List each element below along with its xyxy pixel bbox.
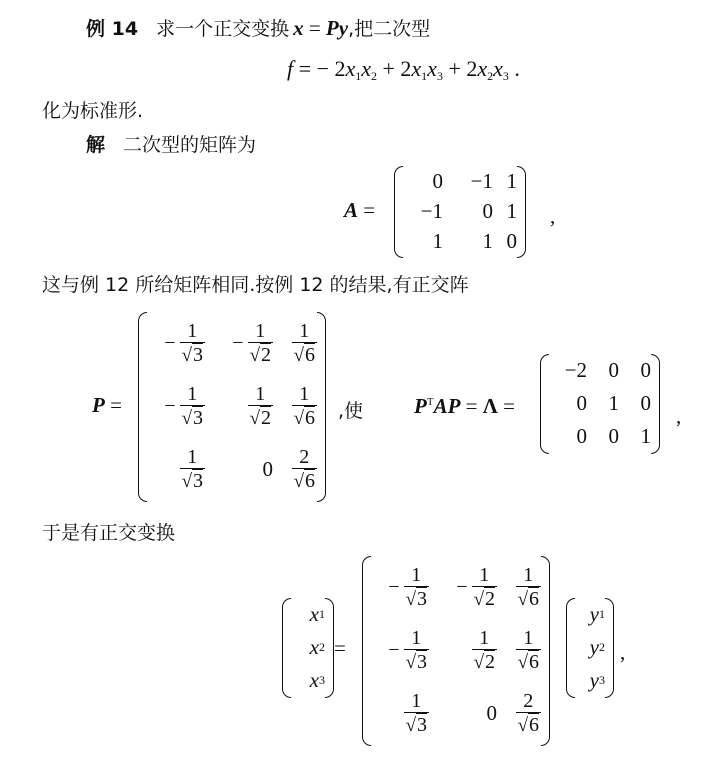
matrix-cell: 1√6 <box>273 320 317 368</box>
matrix-cell: x3 <box>291 668 325 693</box>
matrix-a: 0−11−101110 <box>394 166 526 258</box>
matrix-cell: −2 <box>549 358 587 383</box>
matrix-cell: −1√2 <box>429 564 497 612</box>
matrix-cell: 0 <box>443 199 493 224</box>
diagonalization-trailing: , <box>676 404 681 429</box>
matrix-cell: y3 <box>575 668 605 693</box>
matrix-cell: −1√3 <box>371 564 429 612</box>
matrix-cell: 0 <box>549 391 587 416</box>
matrix-a-name: A = <box>344 198 375 223</box>
example-after: ,把二次型 <box>348 18 430 40</box>
matrix-cell: −1√3 <box>147 383 205 431</box>
matrix-cell: −1√3 <box>371 627 429 675</box>
matrix-p: −1√3−1√21√6−1√31√21√61√302√6 <box>138 312 326 502</box>
matrix-cell: 1√2 <box>205 383 273 431</box>
matrix-cell: 1 <box>587 391 619 416</box>
equals-sign: = <box>334 636 346 661</box>
example-ending: 化为标准形. <box>42 96 143 123</box>
solution-heading: 解 二次型的矩阵为 <box>86 130 256 157</box>
matrix-cell: 2√6 <box>273 446 317 494</box>
matrix-cell: 0 <box>429 701 497 726</box>
matrix-cell: y1 <box>575 602 605 627</box>
matrix-cell: 1√3 <box>371 690 429 738</box>
y-vector: y1y2y3 <box>566 598 614 698</box>
solution-line1: 二次型的矩阵为 <box>123 134 256 156</box>
transform-trailing: , <box>620 640 625 665</box>
matrix-lambda: −200010001 <box>540 354 660 454</box>
solution-line2: 这与例 12 所给矩阵相同.按例 12 的结果,有正交阵 <box>42 270 469 297</box>
matrix-cell: 1 <box>493 169 517 194</box>
matrix-p-name: P = <box>92 393 122 418</box>
matrix-cell: 1√3 <box>147 446 205 494</box>
matrix-cell: −1 <box>443 169 493 194</box>
solution-label: 解 <box>86 134 105 156</box>
matrix-cell: 0 <box>619 358 651 383</box>
matrix-cell: 0 <box>549 424 587 449</box>
matrix-cell: 1√6 <box>497 564 541 612</box>
matrix-a-trailing: , <box>550 204 555 229</box>
quadratic-form: f = − 2x1x2 + 2x1x3 + 2x2x3 . <box>287 56 520 84</box>
solution-line3: 于是有正交变换 <box>42 518 175 545</box>
matrix-cell: x2 <box>291 635 325 660</box>
example-intro: 求一个正交变换 <box>156 18 289 40</box>
matrix-cell: −1 <box>403 199 443 224</box>
matrix-cell: y2 <box>575 635 605 660</box>
matrix-cell: x1 <box>291 602 325 627</box>
matrix-cell: 0 <box>587 358 619 383</box>
matrix-cell: 1 <box>403 229 443 254</box>
transform-expression: x = Py <box>293 16 348 40</box>
matrix-cell: 2√6 <box>497 690 541 738</box>
matrix-cell: 1 <box>619 424 651 449</box>
matrix-cell: 0 <box>205 457 273 482</box>
matrix-cell: −1√3 <box>147 320 205 368</box>
matrix-cell: 1 <box>493 199 517 224</box>
matrix-cell: 0 <box>587 424 619 449</box>
matrix-cell: −1√2 <box>205 320 273 368</box>
matrix-cell: 1 <box>443 229 493 254</box>
matrix-cell: 0 <box>619 391 651 416</box>
example-heading: 例 14 求一个正交变换 x = Py,把二次型 <box>86 14 430 41</box>
diagonalization-lhs: PTAP = Λ = <box>414 394 515 419</box>
x-vector: x1x2x3 <box>282 598 334 698</box>
matrix-cell: 0 <box>493 229 517 254</box>
matrix-p-transform: −1√3−1√21√6−1√31√21√61√302√6 <box>362 556 550 746</box>
matrix-cell: 1√6 <box>497 627 541 675</box>
example-label: 例 14 <box>86 18 138 40</box>
matrix-cell: 1√2 <box>429 627 497 675</box>
matrix-cell: 0 <box>403 169 443 194</box>
matrix-p-connector: ,使 <box>338 396 363 423</box>
matrix-cell: 1√6 <box>273 383 317 431</box>
